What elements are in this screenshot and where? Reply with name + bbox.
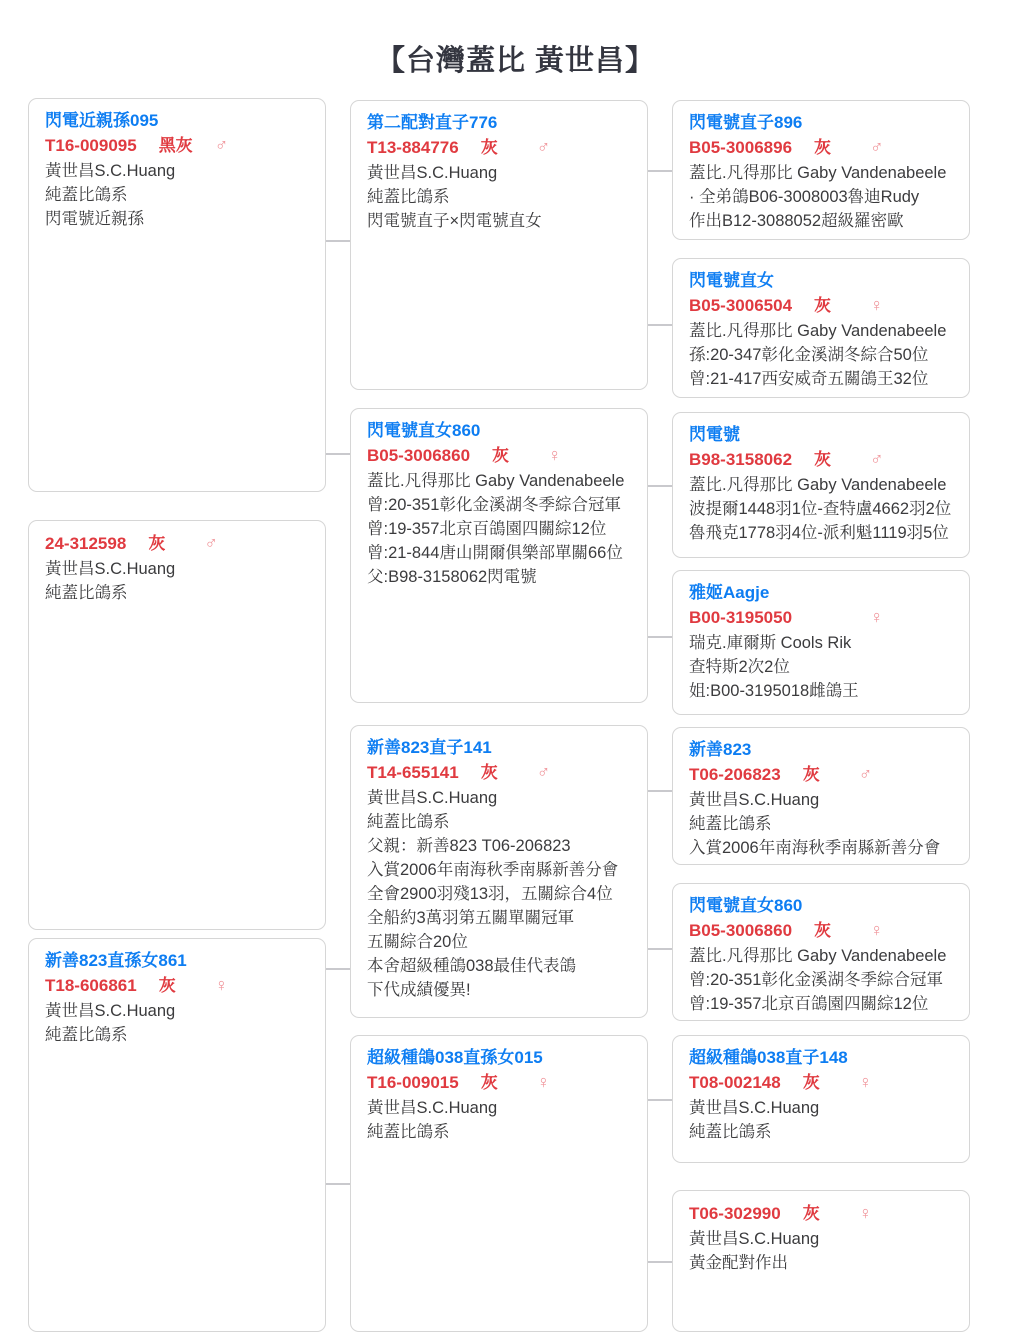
info-line: 孫:20-347彰化金溪湖冬綜合50位: [689, 343, 953, 367]
connector-line: [648, 1099, 672, 1101]
pigeon-name: 新善823直孫女861: [45, 949, 309, 973]
ring-number: T13-884776: [367, 138, 459, 157]
ring-line: B05-3006896灰♂: [689, 135, 953, 161]
info-line: 純蓋比鴿系: [367, 810, 631, 834]
info-line: 曾:21-844唐山開爾俱樂部單關66位: [367, 541, 631, 565]
pigeon-name: 閃電近親孫095: [45, 109, 309, 133]
ring-number: T16-009015: [367, 1073, 459, 1092]
info-line: 黃世昌S.C.Huang: [689, 1096, 953, 1120]
connector-line: [648, 790, 672, 792]
sex-female-icon: ♀: [859, 1201, 873, 1225]
pigeon-name: 第二配對直子776: [367, 111, 631, 135]
info-line: 曾:19-357北京百鴿園四關綜12位: [367, 517, 631, 541]
info-line: · 全弟鴿B06-3008003魯迪Rudy: [689, 185, 953, 209]
info-line: 閃電號直子×閃電號直女: [367, 209, 631, 233]
connector-line: [648, 170, 672, 172]
ring-number: T06-206823: [689, 765, 781, 784]
pigeon-name: 超級種鴿038直孫女015: [367, 1046, 631, 1070]
connector-line: [648, 636, 672, 638]
info-line: 黃世昌S.C.Huang: [367, 786, 631, 810]
connector-line: [648, 324, 672, 326]
info-line: 姐:B00-3195018雌鴿王: [689, 679, 953, 703]
pedigree-card-M2[interactable]: 閃電號直女860 B05-3006860灰♀ 蓋比.凡得那比 Gaby Vand…: [350, 408, 648, 703]
pigeon-name: 新善823: [689, 738, 953, 762]
ring-number: T08-002148: [689, 1073, 781, 1092]
ring-number: 24-312598: [45, 534, 126, 553]
sex-female-icon: ♀: [548, 443, 562, 467]
feather-color-label: 灰: [148, 532, 182, 556]
feather-color-label: 灰: [814, 294, 848, 318]
ring-number: B05-3006860: [367, 446, 470, 465]
info-line: 蓋比.凡得那比 Gaby Vandenabeele: [689, 319, 953, 343]
feather-color-label: 灰: [814, 919, 848, 943]
info-line: 波提爾1448羽1位-查特盧4662羽2位: [689, 497, 953, 521]
info-line: 父親：新善823 T06-206823: [367, 834, 631, 858]
ring-line: T06-302990灰♀: [689, 1201, 953, 1227]
info-line: 蓋比.凡得那比 Gaby Vandenabeele: [689, 944, 953, 968]
feather-color-label: 灰: [492, 444, 526, 468]
ring-number: T18-606861: [45, 976, 137, 995]
connector-line: [648, 948, 672, 950]
sex-female-icon: ♀: [870, 605, 884, 629]
sex-male-icon: ♂: [537, 760, 551, 784]
sex-male-icon: ♂: [870, 447, 884, 471]
pedigree-card-R7[interactable]: 超級種鴿038直子148 T08-002148灰♀ 黃世昌S.C.Huang 純…: [672, 1035, 970, 1163]
ring-number: B05-3006896: [689, 138, 792, 157]
sex-female-icon: ♀: [870, 293, 884, 317]
page-title: 【台灣蓋比 黃世昌】: [0, 38, 1031, 79]
info-line: 黃世昌S.C.Huang: [367, 1096, 631, 1120]
info-line: 瑞克.庫爾斯 Cools Rik: [689, 631, 953, 655]
info-line: 作出B12-3088052超級羅密歐: [689, 209, 953, 233]
pedigree-canvas: 【台灣蓋比 黃世昌】 閃電近親孫095 T16-009095黑灰♂ 黃世昌S.C…: [0, 0, 1031, 1335]
ring-line: T06-206823灰♂: [689, 762, 953, 788]
info-line: 查特斯2次2位: [689, 655, 953, 679]
pedigree-card-M3[interactable]: 新善823直子141 T14-655141灰♂ 黃世昌S.C.Huang 純蓋比…: [350, 725, 648, 1018]
pedigree-card-L1[interactable]: 閃電近親孫095 T16-009095黑灰♂ 黃世昌S.C.Huang 純蓋比鴿…: [28, 98, 326, 492]
pedigree-card-R6[interactable]: 閃電號直女860 B05-3006860灰♀ 蓋比.凡得那比 Gaby Vand…: [672, 883, 970, 1021]
info-line: 下代成績優異!: [367, 978, 631, 1002]
info-line: 蓋比.凡得那比 Gaby Vandenabeele: [689, 161, 953, 185]
info-line: 蓋比.凡得那比 Gaby Vandenabeele: [689, 473, 953, 497]
pedigree-card-R5[interactable]: 新善823 T06-206823灰♂ 黃世昌S.C.Huang 純蓋比鴿系 入賞…: [672, 727, 970, 865]
ring-line: B05-3006860灰♀: [689, 918, 953, 944]
ring-line: T16-009015灰♀: [367, 1070, 631, 1096]
ring-number: T14-655141: [367, 763, 459, 782]
info-line: 入賞2006年南海秋季南縣新善分會: [689, 836, 953, 860]
info-line: 純蓋比鴿系: [367, 185, 631, 209]
info-line: 五關綜合20位: [367, 930, 631, 954]
ring-line: T08-002148灰♀: [689, 1070, 953, 1096]
sex-female-icon: ♀: [870, 918, 884, 942]
sex-male-icon: ♂: [859, 762, 873, 786]
feather-color-label: 灰: [481, 1071, 515, 1095]
info-line: 全會2900羽殘13羽，五關綜合4位: [367, 882, 631, 906]
ring-number: B98-3158062: [689, 450, 792, 469]
ring-number: B00-3195050: [689, 608, 792, 627]
pedigree-card-R1[interactable]: 閃電號直子896 B05-3006896灰♂ 蓋比.凡得那比 Gaby Vand…: [672, 100, 970, 240]
pedigree-card-R4[interactable]: 雅姬Aagje B00-3195050♀ 瑞克.庫爾斯 Cools Rik 查特…: [672, 570, 970, 715]
info-line: 曾:19-357北京百鴿園四關綜12位: [689, 992, 953, 1016]
connector-line: [648, 1261, 672, 1263]
pedigree-card-M1[interactable]: 第二配對直子776 T13-884776灰♂ 黃世昌S.C.Huang 純蓋比鴿…: [350, 100, 648, 390]
info-line: 純蓋比鴿系: [689, 1120, 953, 1144]
info-line: 純蓋比鴿系: [367, 1120, 631, 1144]
sex-female-icon: ♀: [537, 1070, 551, 1094]
pigeon-name: 超級種鴿038直子148: [689, 1046, 953, 1070]
pedigree-card-L2[interactable]: 24-312598灰♂ 黃世昌S.C.Huang 純蓋比鴿系: [28, 520, 326, 930]
ring-number: T06-302990: [689, 1204, 781, 1223]
ring-line: B00-3195050♀: [689, 605, 953, 631]
feather-color-label: 黑灰: [159, 134, 193, 158]
ring-number: T16-009095: [45, 136, 137, 155]
ring-line: B05-3006504灰♀: [689, 293, 953, 319]
info-line: 父:B98-3158062閃電號: [367, 565, 631, 589]
feather-color-label: 灰: [814, 136, 848, 160]
ring-line: B98-3158062灰♂: [689, 447, 953, 473]
sex-male-icon: ♂: [215, 133, 229, 157]
feather-color-label: 灰: [481, 761, 515, 785]
sex-female-icon: ♀: [215, 973, 229, 997]
pigeon-name: 閃電號直子896: [689, 111, 953, 135]
feather-color-label: 灰: [481, 136, 515, 160]
info-line: 曾:20-351彰化金溪湖冬季綜合冠軍: [689, 968, 953, 992]
ring-number: B05-3006504: [689, 296, 792, 315]
info-line: 黃世昌S.C.Huang: [45, 159, 309, 183]
feather-color-label: 灰: [803, 763, 837, 787]
info-line: 蓋比.凡得那比 Gaby Vandenabeele: [367, 469, 631, 493]
info-line: 黃世昌S.C.Huang: [367, 161, 631, 185]
ring-line: T16-009095黑灰♂: [45, 133, 309, 159]
ring-line: T14-655141灰♂: [367, 760, 631, 786]
info-line: 魯飛克1778羽4位-派利魁1119羽5位: [689, 521, 953, 545]
info-line: 本舍超級種鴿038最佳代表鴿: [367, 954, 631, 978]
connector-line: [326, 968, 350, 970]
sex-male-icon: ♂: [537, 135, 551, 159]
pedigree-card-M4[interactable]: 超級種鴿038直孫女015 T16-009015灰♀ 黃世昌S.C.Huang …: [350, 1035, 648, 1332]
pigeon-name: 雅姬Aagje: [689, 581, 953, 605]
pedigree-card-L3[interactable]: 新善823直孫女861 T18-606861灰♀ 黃世昌S.C.Huang 純蓋…: [28, 938, 326, 1332]
feather-color-label: 灰: [814, 448, 848, 472]
info-line: 純蓋比鴿系: [689, 812, 953, 836]
sex-female-icon: ♀: [859, 1070, 873, 1094]
connector-line: [326, 240, 350, 242]
ring-number: B05-3006860: [689, 921, 792, 940]
pigeon-name: 新善823直子141: [367, 736, 631, 760]
info-line: 純蓋比鴿系: [45, 1023, 309, 1047]
info-line: 黃世昌S.C.Huang: [689, 1227, 953, 1251]
pigeon-name: 閃電號直女860: [689, 894, 953, 918]
feather-color-label: 灰: [803, 1071, 837, 1095]
sex-male-icon: ♂: [204, 531, 218, 555]
info-line: 黃世昌S.C.Huang: [689, 788, 953, 812]
feather-color-label: 灰: [159, 974, 193, 998]
feather-color-label: 灰: [803, 1202, 837, 1226]
info-line: 入賞2006年南海秋季南縣新善分會: [367, 858, 631, 882]
ring-line: 24-312598灰♂: [45, 531, 309, 557]
info-line: 黃金配對作出: [689, 1251, 953, 1275]
info-line: 全船約3萬羽第五關單關冠軍: [367, 906, 631, 930]
info-line: 黃世昌S.C.Huang: [45, 557, 309, 581]
sex-male-icon: ♂: [870, 135, 884, 159]
pigeon-name: 閃電號直女860: [367, 419, 631, 443]
info-line: 純蓋比鴿系: [45, 581, 309, 605]
info-line: 純蓋比鴿系: [45, 183, 309, 207]
info-line: 曾:21-417西安威奇五關鴿王32位: [689, 367, 953, 391]
info-line: 閃電號近親孫: [45, 207, 309, 231]
pigeon-name: 閃電號: [689, 423, 953, 447]
ring-line: T13-884776灰♂: [367, 135, 631, 161]
pedigree-card-R3[interactable]: 閃電號 B98-3158062灰♂ 蓋比.凡得那比 Gaby Vandenabe…: [672, 412, 970, 558]
ring-line: T18-606861灰♀: [45, 973, 309, 999]
info-line: 黃世昌S.C.Huang: [45, 999, 309, 1023]
pedigree-card-R8[interactable]: T06-302990灰♀ 黃世昌S.C.Huang 黃金配對作出: [672, 1190, 970, 1332]
connector-line: [326, 1183, 350, 1185]
connector-line: [648, 485, 672, 487]
pedigree-card-R2[interactable]: 閃電號直女 B05-3006504灰♀ 蓋比.凡得那比 Gaby Vandena…: [672, 258, 970, 398]
ring-line: B05-3006860灰♀: [367, 443, 631, 469]
info-line: 曾:20-351彰化金溪湖冬季綜合冠軍: [367, 493, 631, 517]
pigeon-name: 閃電號直女: [689, 269, 953, 293]
connector-line: [326, 453, 350, 455]
